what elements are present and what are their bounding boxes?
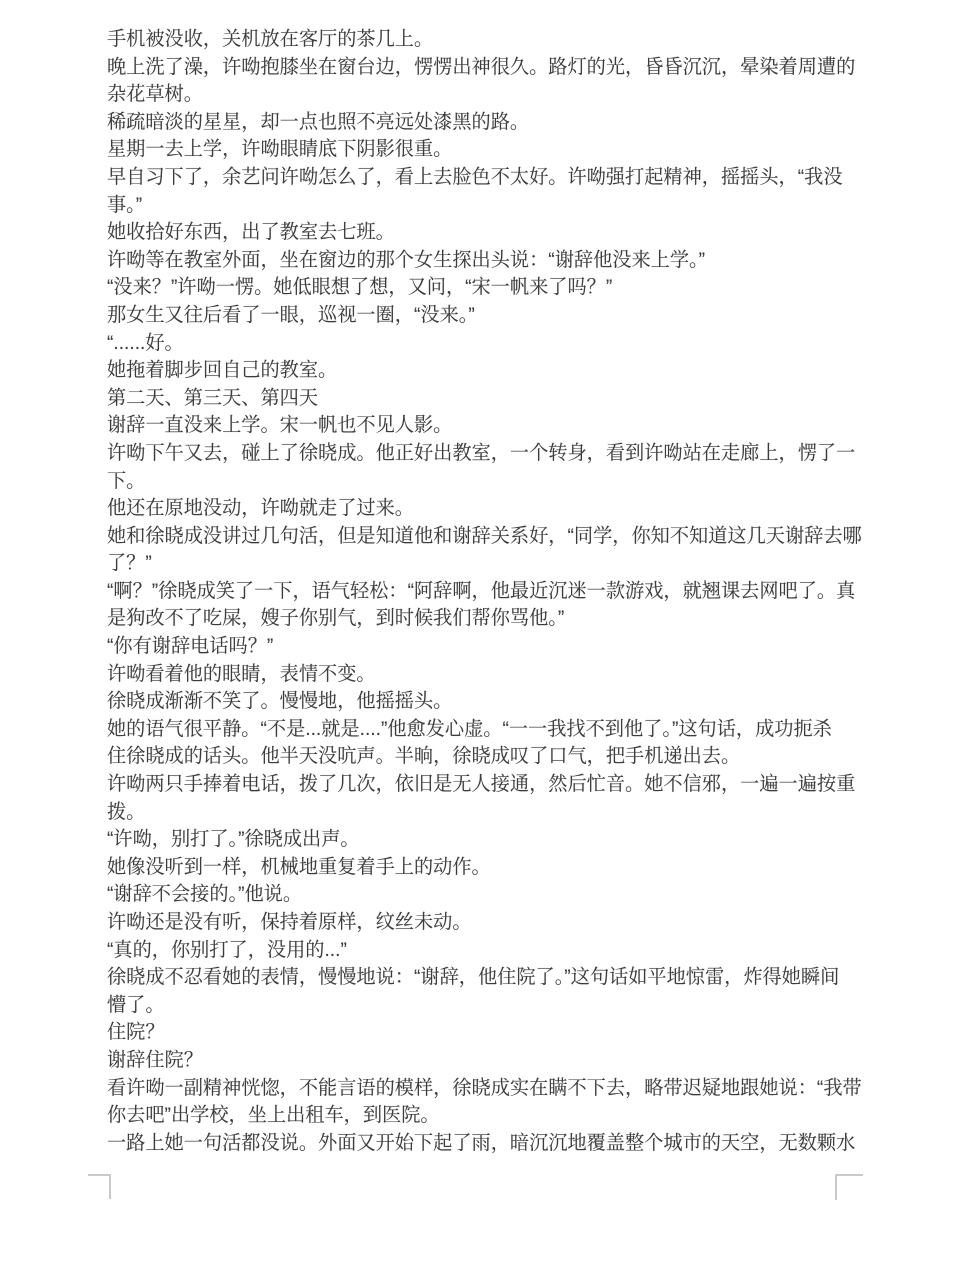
text-line: 下。 [107, 468, 872, 496]
text-line: 她收拾好东西，出了教室去七班。 [107, 219, 872, 247]
paragraph: “许呦，别打了。”徐晓成出声。 [107, 826, 872, 854]
text-line: 了？” [107, 550, 872, 578]
text-line: 徐晓成不忍看她的表情，慢慢地说：“谢辞，他住院了。”这句话如平地惊雷，炸得她瞬间 [107, 964, 872, 992]
text-line: 手机被没收，关机放在客厅的茶几上。 [107, 26, 872, 54]
paragraph: 早自习下了，余艺问许呦怎么了，看上去脸色不太好。许呦强打起精神，摇摇头，“我没事… [107, 164, 872, 219]
text-line: 稀疏暗淡的星星，却一点也照不亮远处漆黑的路。 [107, 109, 872, 137]
paragraph: 许呦等在教室外面，坐在窗边的那个女生探出头说：“谢辞他没来上学。” [107, 247, 872, 275]
paragraph: 她和徐晓成没讲过几句活，但是知道他和谢辞关系好，“同学，你知不知道这几天谢辞去哪… [107, 523, 872, 578]
text-line: 谢辞住院？ [107, 1047, 872, 1075]
document-page: 手机被没收，关机放在客厅的茶几上。晚上洗了澡，许呦抱膝坐在窗台边，愣愣出神很久。… [0, 0, 960, 1280]
text-line: 拨。 [107, 799, 872, 827]
paragraph: 稀疏暗淡的星星，却一点也照不亮远处漆黑的路。 [107, 109, 872, 137]
paragraph: 晚上洗了澡，许呦抱膝坐在窗台边，愣愣出神很久。路灯的光，昏昏沉沉，晕染着周遭的杂… [107, 54, 872, 109]
paragraph: 她的语气很平静。“不是...就是....”他愈发心虚。“一一我找不到他了。”这句… [107, 716, 872, 771]
paragraph: 徐晓成不忍看她的表情，慢慢地说：“谢辞，他住院了。”这句话如平地惊雷，炸得她瞬间… [107, 964, 872, 1019]
text-line: “没来？”许呦一愣。她低眼想了想，又问，“宋一帆来了吗？” [107, 274, 872, 302]
paragraph: “没来？”许呦一愣。她低眼想了想，又问，“宋一帆来了吗？” [107, 274, 872, 302]
bottom-left-corner-mark [88, 1174, 111, 1199]
text-line: 晚上洗了澡，许呦抱膝坐在窗台边，愣愣出神很久。路灯的光，昏昏沉沉，晕染着周遭的 [107, 54, 872, 82]
paragraph: 谢辞一直没来上学。宋一帆也不见人影。 [107, 412, 872, 440]
paragraph: 许呦看着他的眼睛，表情不变。 [107, 661, 872, 689]
paragraph: “真的，你别打了，没用的...” [107, 937, 872, 965]
text-line: 早自习下了，余艺问许呦怎么了，看上去脸色不太好。许呦强打起精神，摇摇头，“我没 [107, 164, 872, 192]
text-line: “你有谢辞电话吗？” [107, 633, 872, 661]
text-line: 星期一去上学，许呦眼睛底下阴影很重。 [107, 136, 872, 164]
paragraph: 她像没听到一样，机械地重复着手上的动作。 [107, 854, 872, 882]
text-line: 看许呦一副精神恍惚，不能言语的模样，徐晓成实在瞒不下去，略带迟疑地跟她说：“我带 [107, 1075, 872, 1103]
paragraph: 那女生又往后看了一眼，巡视一圈，“没来。” [107, 302, 872, 330]
paragraph: 许呦下午又去，碰上了徐晓成。他正好出教室，一个转身，看到许呦站在走廊上，愣了一下… [107, 440, 872, 495]
paragraph: 一路上她一句活都没说。外面又开始下起了雨，暗沉沉地覆盖整个城市的天空，无数颗水 [107, 1130, 872, 1158]
text-line: “真的，你别打了，没用的...” [107, 937, 872, 965]
text-line: “啊？”徐晓成笑了一下，语气轻松：“阿辞啊，他最近沉迷一款游戏，就翘课去网吧了。… [107, 578, 872, 606]
text-line: 她像没听到一样，机械地重复着手上的动作。 [107, 854, 872, 882]
text-line: 谢辞一直没来上学。宋一帆也不见人影。 [107, 412, 872, 440]
paragraph: 谢辞住院？ [107, 1047, 872, 1075]
paragraph: 第二天、第三天、第四天 [107, 385, 872, 413]
text-line: “谢辞不会接的。”他说。 [107, 881, 872, 909]
text-line: 住院？ [107, 1019, 872, 1047]
paragraph: 她收拾好东西，出了教室去七班。 [107, 219, 872, 247]
text-line: 许呦两只手捧着电话，拨了几次，依旧是无人接通，然后忙音。她不信邪，一遍一遍按重 [107, 771, 872, 799]
text-line: 第二天、第三天、第四天 [107, 385, 872, 413]
text-line: 她的语气很平静。“不是...就是....”他愈发心虚。“一一我找不到他了。”这句… [107, 716, 872, 744]
paragraph: 住院？ [107, 1019, 872, 1047]
paragraph: “你有谢辞电话吗？” [107, 633, 872, 661]
bottom-right-corner-mark [835, 1174, 863, 1200]
text-line: 是狗改不了吃屎，嫂子你别气，到时候我们帮你骂他。” [107, 605, 872, 633]
text-line: 许呦等在教室外面，坐在窗边的那个女生探出头说：“谢辞他没来上学。” [107, 247, 872, 275]
paragraph: 她拖着脚步回自己的教室。 [107, 357, 872, 385]
text-line: 他还在原地没动，许呦就走了过来。 [107, 495, 872, 523]
text-line: 她拖着脚步回自己的教室。 [107, 357, 872, 385]
text-line: 住徐晓成的话头。他半天没吭声。半晌，徐晓成叹了口气，把手机递出去。 [107, 743, 872, 771]
text-line: 她和徐晓成没讲过几句活，但是知道他和谢辞关系好，“同学，你知不知道这几天谢辞去哪 [107, 523, 872, 551]
text-line: 事。” [107, 192, 872, 220]
paragraph: 他还在原地没动，许呦就走了过来。 [107, 495, 872, 523]
paragraph: 许呦还是没有听，保持着原样，纹丝未动。 [107, 909, 872, 937]
paragraph: 星期一去上学，许呦眼睛底下阴影很重。 [107, 136, 872, 164]
text-line: 那女生又往后看了一眼，巡视一圈，“没来。” [107, 302, 872, 330]
text-line: 许呦还是没有听，保持着原样，纹丝未动。 [107, 909, 872, 937]
paragraph: “啊？”徐晓成笑了一下，语气轻松：“阿辞啊，他最近沉迷一款游戏，就翘课去网吧了。… [107, 578, 872, 633]
paragraph: 徐晓成渐渐不笑了。慢慢地，他摇摇头。 [107, 688, 872, 716]
text-line: 一路上她一句活都没说。外面又开始下起了雨，暗沉沉地覆盖整个城市的天空，无数颗水 [107, 1130, 872, 1158]
paragraph: 许呦两只手捧着电话，拨了几次，依旧是无人接通，然后忙音。她不信邪，一遍一遍按重拨… [107, 771, 872, 826]
paragraph: 看许呦一副精神恍惚，不能言语的模样，徐晓成实在瞒不下去，略带迟疑地跟她说：“我带… [107, 1075, 872, 1130]
paragraph: 手机被没收，关机放在客厅的茶几上。 [107, 26, 872, 54]
text-line: 许呦看着他的眼睛，表情不变。 [107, 661, 872, 689]
text-line: “许呦，别打了。”徐晓成出声。 [107, 826, 872, 854]
novel-text-area: 手机被没收，关机放在客厅的茶几上。晚上洗了澡，许呦抱膝坐在窗台边，愣愣出神很久。… [107, 26, 872, 1157]
paragraph: “谢辞不会接的。”他说。 [107, 881, 872, 909]
text-line: 懵了。 [107, 992, 872, 1020]
text-line: 徐晓成渐渐不笑了。慢慢地，他摇摇头。 [107, 688, 872, 716]
text-line: “......好。 [107, 330, 872, 358]
text-line: 你去吧”出学校，坐上出租车，到医院。 [107, 1102, 872, 1130]
text-line: 许呦下午又去，碰上了徐晓成。他正好出教室，一个转身，看到许呦站在走廊上，愣了一 [107, 440, 872, 468]
paragraph: “......好。 [107, 330, 872, 358]
text-line: 杂花草树。 [107, 81, 872, 109]
